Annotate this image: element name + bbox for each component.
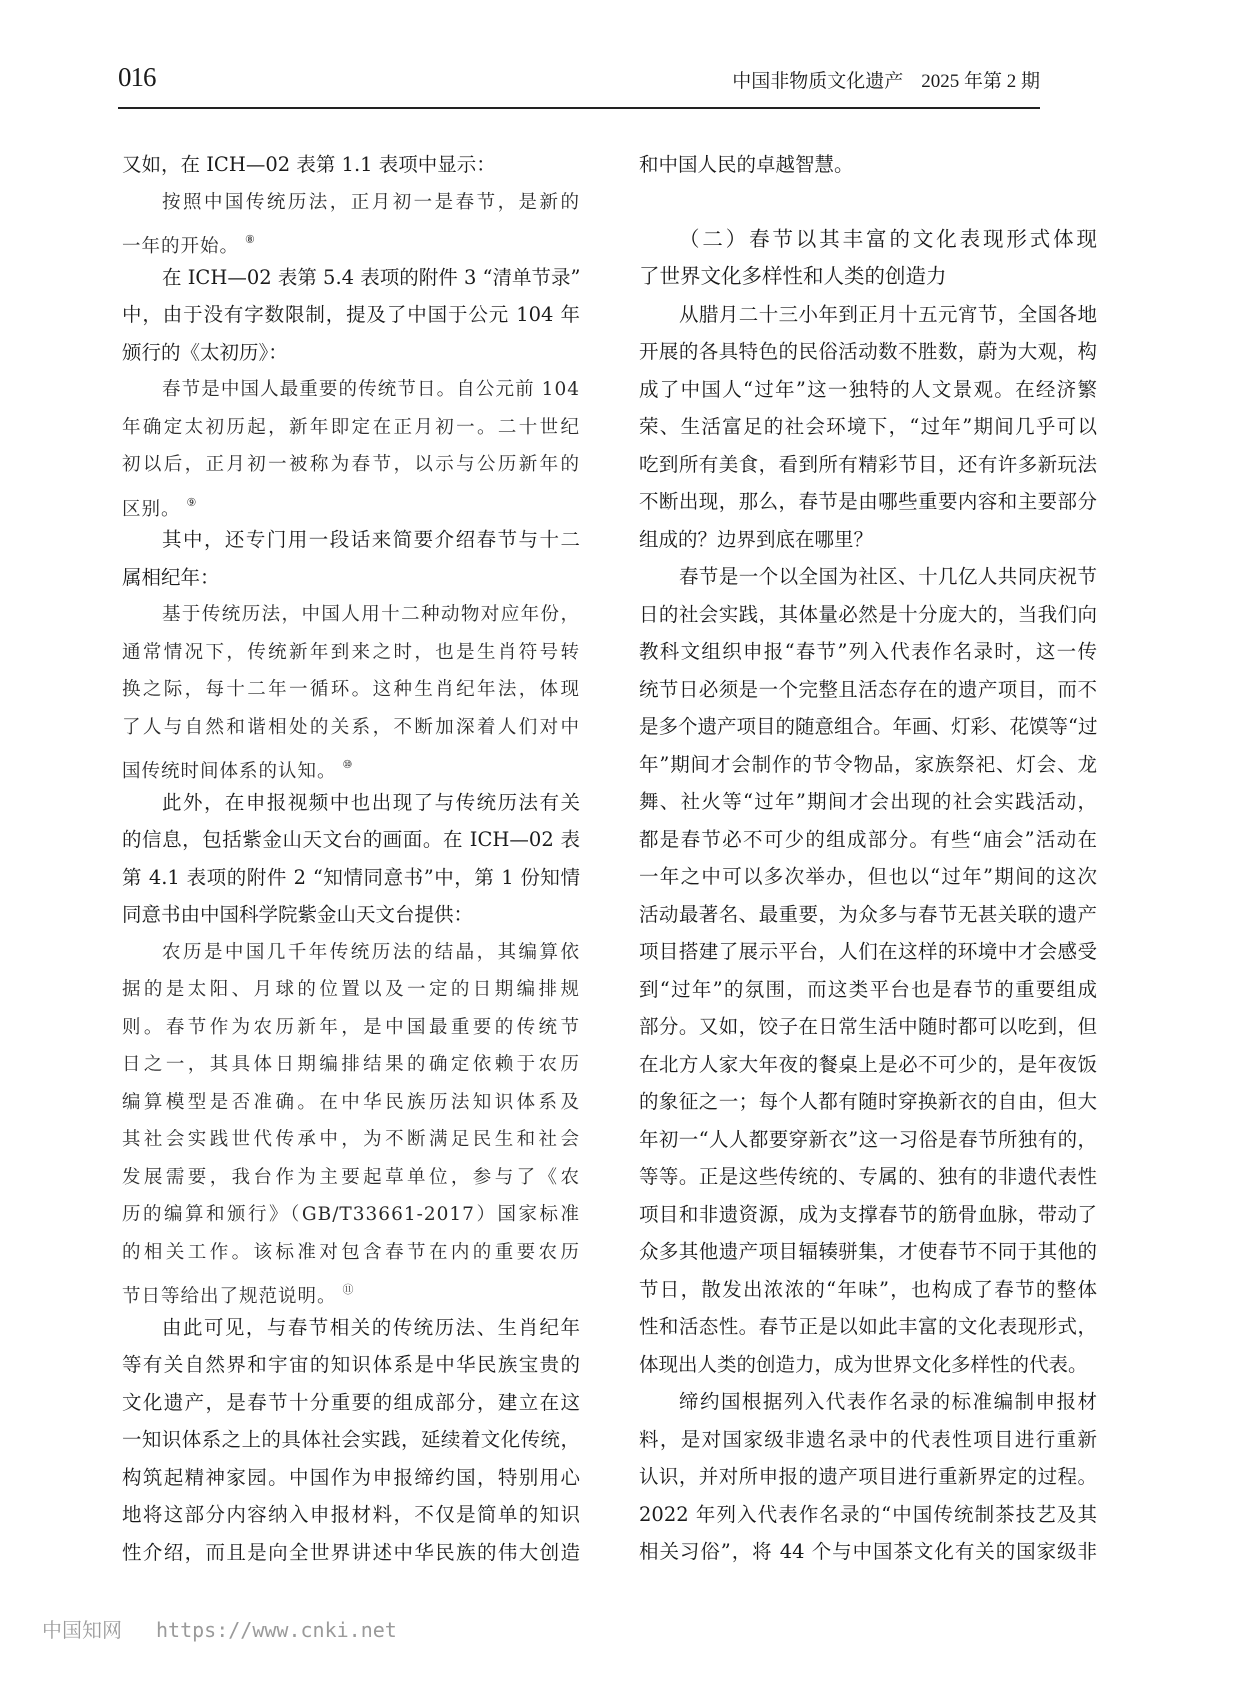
text-line: 年初一“人人都要穿新衣”这一习俗是春节所独有的， xyxy=(639,1121,1097,1159)
text-line: 春节是一个以全国为社区、十几亿人共同庆祝节 xyxy=(639,558,1097,596)
text-line: 农历是中国几千年传统历法的结晶，其编算依 xyxy=(122,934,580,972)
text-line: 一年之中可以多次举办，但也以“过年”期间的这次 xyxy=(639,858,1097,896)
page-number: 016 xyxy=(118,62,156,93)
heading-line: 了世界文化多样性和人类的创造力 xyxy=(639,258,1097,296)
footnote-marker[interactable]: ⑨ xyxy=(187,496,198,509)
text-line: 国传统时间体系的认知。⑩ xyxy=(122,746,580,784)
text-line: 节日等给出了规范说明。⑪ xyxy=(122,1271,580,1309)
text-line: 部分。又如，饺子在日常生活中随时都可以吃到，但 xyxy=(639,1008,1097,1046)
paragraph: 春节是一个以全国为社区、十几亿人共同庆祝节 日的社会实践，其体量必然是十分庞大的… xyxy=(639,558,1097,1383)
text-line: 开展的各具特色的民俗活动数不胜数，蔚为大观，构 xyxy=(639,333,1097,371)
text-line: 年确定太初历起，新年即定在正月初一。二十世纪 xyxy=(122,409,580,447)
text-line: 成了中国人“过年”这一独特的人文景观。在经济繁 xyxy=(639,371,1097,409)
text-line: 相关习俗”，将 44 个与中国茶文化有关的国家级非 xyxy=(639,1533,1097,1571)
journal-info: 中国非物质文化遗产2025 年第 2 期 xyxy=(732,66,1040,93)
journal-title: 中国非物质文化遗产 xyxy=(732,70,903,92)
text-line: 认识，并对所申报的遗产项目进行重新界定的过程。 xyxy=(639,1458,1097,1496)
paragraph: 和中国人民的卓越智慧。 xyxy=(639,146,1097,184)
text-line: 是多个遗产项目的随意组合。年画、灯彩、花馍等“过 xyxy=(639,708,1097,746)
text-line: 等等。正是这些传统的、专属的、独有的非遗代表性 xyxy=(639,1158,1097,1196)
text-line: 则。春节作为农历新年，是中国最重要的传统节 xyxy=(122,1009,580,1047)
paragraph: 此外，在申报视频中也出现了与传统历法有关 的信息，包括紫金山天文台的画面。在 I… xyxy=(122,784,580,934)
text-line: 节日，散发出浓浓的“年味”，也构成了春节的整体 xyxy=(639,1271,1097,1309)
text-line: 日的社会实践，其体量必然是十分庞大的，当我们向 xyxy=(639,596,1097,634)
header-rule xyxy=(118,107,1040,109)
text-line: 教科文组织申报“春节”列入代表作名录时，这一传 xyxy=(639,633,1097,671)
text-line: 由此可见，与春节相关的传统历法、生肖纪年 xyxy=(122,1309,580,1347)
text-line: 基于传统历法，中国人用十二种动物对应年份， xyxy=(122,596,580,634)
text-line: 据的是太阳、月球的位置以及一定的日期编排规 xyxy=(122,971,580,1009)
paragraph: 缔约国根据列入代表作名录的标准编制申报材 料，是对国家级非遗名录中的代表性项目进… xyxy=(639,1383,1097,1571)
paragraph: 从腊月二十三小年到正月十五元宵节，全国各地 开展的各具特色的民俗活动数不胜数，蔚… xyxy=(639,296,1097,559)
text-line: 组成的？边界到底在哪里？ xyxy=(639,521,1097,559)
text-line: 初以后，正月初一被称为春节，以示与公历新年的 xyxy=(122,446,580,484)
text-line: 在北方人家大年夜的餐桌上是必不可少的，是年夜饭 xyxy=(639,1046,1097,1084)
text-line: 缔约国根据列入代表作名录的标准编制申报材 xyxy=(639,1383,1097,1421)
text-line: 的信息，包括紫金山天文台的画面。在 ICH—02 表 xyxy=(122,821,580,859)
left-column: 又如，在 ICH—02 表第 1.1 表项中显示： 按照中国传统历法，正月初一是… xyxy=(122,146,580,1571)
paragraph: 又如，在 ICH—02 表第 1.1 表项中显示： xyxy=(122,146,580,184)
text-line: 的相关工作。该标准对包含春节在内的重要农历 xyxy=(122,1234,580,1272)
block-quote: 按照中国传统历法，正月初一是春节，是新的 一年的开始。⑧ xyxy=(122,184,580,259)
paragraph: 由此可见，与春节相关的传统历法、生肖纪年 等有关自然界和宇宙的知识体系是中华民族… xyxy=(122,1309,580,1572)
text-line: 通常情况下，传统新年到来之时，也是生肖符号转 xyxy=(122,634,580,672)
text-line: 发展需要，我台作为主要起草单位，参与了《农 xyxy=(122,1159,580,1197)
text-line: 了人与自然和谐相处的关系，不断加深着人们对中 xyxy=(122,709,580,747)
text-line: 春节是中国人最重要的传统节日。自公元前 104 xyxy=(122,371,580,409)
journal-issue: 2025 年第 2 期 xyxy=(921,71,1040,92)
section-heading: （二）春节以其丰富的文化表现形式体现 了世界文化多样性和人类的创造力 xyxy=(639,221,1097,296)
text-line: 体现出人类的创造力，成为世界文化多样性的代表。 xyxy=(639,1346,1097,1384)
text-line: 都是春节必不可少的组成部分。有些“庙会”活动在 xyxy=(639,821,1097,859)
text-line: 的象征之一；每个人都有随时穿换新衣的自由，但大 xyxy=(639,1083,1097,1121)
text-line: 属相纪年： xyxy=(122,559,580,597)
text-line: 性和活态性。春节正是以如此丰富的文化表现形式， xyxy=(639,1308,1097,1346)
watermark: 中国知网https://www.cnki.net xyxy=(42,1614,397,1643)
watermark-brand: 中国知网 xyxy=(42,1618,122,1642)
text-line: 地将这部分内容纳入申报材料，不仅是简单的知识 xyxy=(122,1496,580,1534)
text-line: 第 4.1 表项的附件 2 “知情同意书”中，第 1 份知情 xyxy=(122,859,580,897)
running-header: 016 中国非物质文化遗产2025 年第 2 期 xyxy=(118,62,1040,102)
text-line: 项目搭建了展示平台，人们在这样的环境中才会感受 xyxy=(639,933,1097,971)
text-line: 料，是对国家级非遗名录中的代表性项目进行重新 xyxy=(639,1421,1097,1459)
paragraph: 其中，还专门用一段话来简要介绍春节与十二 属相纪年： xyxy=(122,521,580,596)
text-line: 区别。⑨ xyxy=(122,484,580,522)
text-line: 换之际，每十二年一循环。这种生肖纪年法，体现 xyxy=(122,671,580,709)
text-line: 从腊月二十三小年到正月十五元宵节，全国各地 xyxy=(639,296,1097,334)
text-line: 项目和非遗资源，成为支撑春节的筋骨血脉，带动了 xyxy=(639,1196,1097,1234)
text-line: 等有关自然界和宇宙的知识体系是中华民族宝贵的 xyxy=(122,1346,580,1384)
right-column: 和中国人民的卓越智慧。 （二）春节以其丰富的文化表现形式体现 了世界文化多样性和… xyxy=(639,146,1097,1571)
text-line: 日之一，其具体日期编排结果的确定依赖于农历 xyxy=(122,1046,580,1084)
text-line: 文化遗产，是春节十分重要的组成部分，建立在这 xyxy=(122,1384,580,1422)
text-line: 统节日必须是一个完整且活态存在的遗产项目，而不 xyxy=(639,671,1097,709)
text-line: 众多其他遗产项目辐辏骈集，才使春节不同于其他的 xyxy=(639,1233,1097,1271)
footnote-marker[interactable]: ⑧ xyxy=(245,233,256,246)
block-quote: 农历是中国几千年传统历法的结晶，其编算依 据的是太阳、月球的位置以及一定的日期编… xyxy=(122,934,580,1309)
spacer xyxy=(639,184,1097,221)
text-line: 年”期间才会制作的节令物品，家族祭祀、灯会、龙 xyxy=(639,746,1097,784)
block-quote: 基于传统历法，中国人用十二种动物对应年份， 通常情况下，传统新年到来之时，也是生… xyxy=(122,596,580,784)
text-line: 荣、生活富足的社会环境下，“过年”期间几乎可以 xyxy=(639,408,1097,446)
heading-line: （二）春节以其丰富的文化表现形式体现 xyxy=(639,221,1097,259)
text-line: 一知识体系之上的具体社会实践，延续着文化传统， xyxy=(122,1421,580,1459)
text-line: 颁行的《太初历》： xyxy=(122,334,580,372)
paragraph: 在 ICH—02 表第 5.4 表项的附件 3 “清单节录” 中，由于没有字数限… xyxy=(122,259,580,372)
text-line: 又如，在 ICH—02 表第 1.1 表项中显示： xyxy=(122,146,580,184)
text-line: 一年的开始。⑧ xyxy=(122,221,580,259)
text-line: 中，由于没有字数限制，提及了中国于公元 104 年 xyxy=(122,296,580,334)
text-line: 不断出现，那么，春节是由哪些重要内容和主要部分 xyxy=(639,483,1097,521)
text-line: 吃到所有美食，看到所有精彩节目，还有许多新玩法 xyxy=(639,446,1097,484)
text-line: 按照中国传统历法，正月初一是春节，是新的 xyxy=(122,184,580,222)
text-line: 其中，还专门用一段话来简要介绍春节与十二 xyxy=(122,521,580,559)
text-line: 构筑起精神家园。中国作为申报缔约国，特别用心 xyxy=(122,1459,580,1497)
text-line: 其社会实践世代传承中，为不断满足民生和社会 xyxy=(122,1121,580,1159)
text-line: 此外，在申报视频中也出现了与传统历法有关 xyxy=(122,784,580,822)
text-line: 在 ICH—02 表第 5.4 表项的附件 3 “清单节录” xyxy=(122,259,580,297)
text-line: 同意书由中国科学院紫金山天文台提供： xyxy=(122,896,580,934)
watermark-url[interactable]: https://www.cnki.net xyxy=(156,1618,397,1642)
text-line: 性介绍，而且是向全世界讲述中华民族的伟大创造 xyxy=(122,1534,580,1572)
footnote-marker[interactable]: ⑪ xyxy=(343,1283,355,1296)
block-quote: 春节是中国人最重要的传统节日。自公元前 104 年确定太初历起，新年即定在正月初… xyxy=(122,371,580,521)
text-line: 编算模型是否准确。在中华民族历法知识体系及 xyxy=(122,1084,580,1122)
footnote-marker[interactable]: ⑩ xyxy=(343,758,354,771)
text-line: 2022 年列入代表作名录的“中国传统制茶技艺及其 xyxy=(639,1496,1097,1534)
text-line: 和中国人民的卓越智慧。 xyxy=(639,146,1097,184)
text-line: 舞、社火等“过年”期间才会出现的社会实践活动， xyxy=(639,783,1097,821)
text-line: 活动最著名、最重要，为众多与春节无甚关联的遗产 xyxy=(639,896,1097,934)
text-line: 历的编算和颁行》（GB/T33661-2017）国家标准 xyxy=(122,1196,580,1234)
text-line: 到“过年”的氛围，而这类平台也是春节的重要组成 xyxy=(639,971,1097,1009)
